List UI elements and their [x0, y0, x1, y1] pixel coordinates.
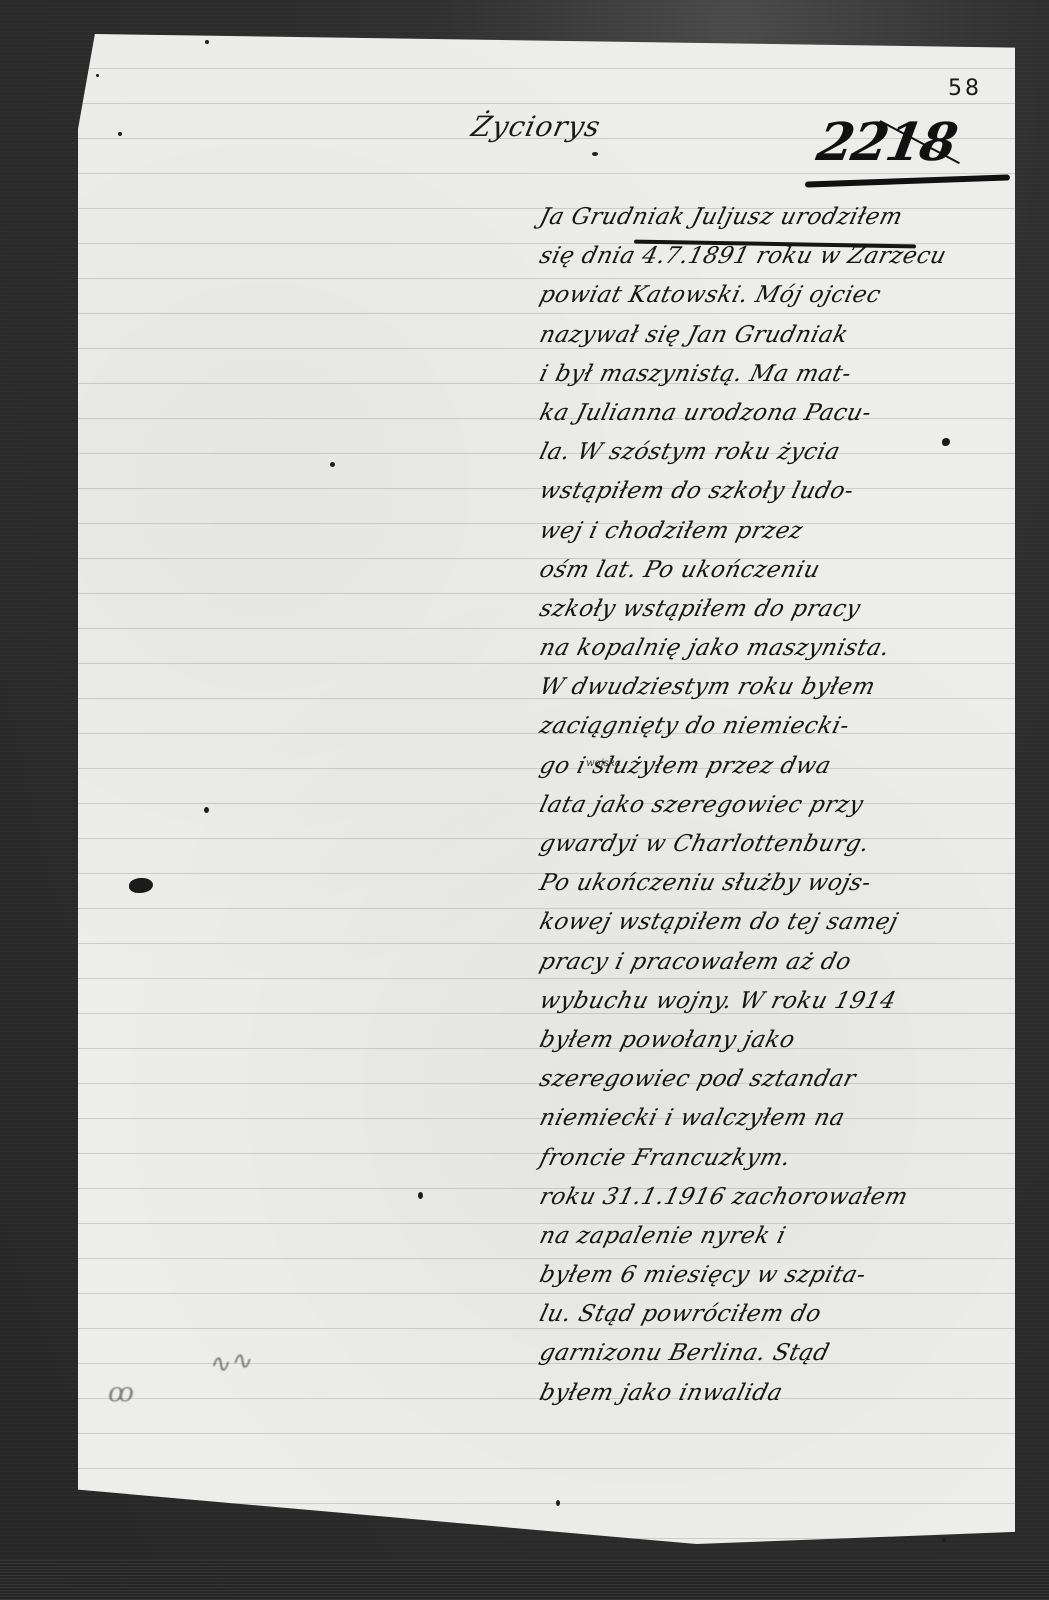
- handwritten-body: Ja Grudniak Juljusz urodziłem się dnia 4…: [540, 198, 1010, 1413]
- offset-smudge: ꝏ: [108, 1378, 134, 1408]
- text-line: powiat Katowski. Mój ojciec: [535, 276, 1015, 315]
- text-line: wej i chodziłem przez: [535, 512, 1015, 551]
- ink-speck: [942, 1538, 946, 1542]
- text-line: ka Julianna urodzona Pacu-: [535, 394, 1015, 433]
- ink-speck: [330, 462, 335, 467]
- ink-speck: [96, 74, 99, 77]
- ink-speck: [592, 152, 598, 156]
- ink-speck: [556, 1500, 560, 1506]
- text-line: wybuchu wojny. W roku 1914: [535, 982, 1015, 1021]
- scanner-noise: [0, 1560, 1049, 1600]
- ink-speck: [205, 40, 209, 44]
- text-line: lata jako szeregowiec przy: [535, 786, 1015, 825]
- text-line: byłem powołany jako: [535, 1021, 1015, 1060]
- text-line: na zapalenie nyrek i: [535, 1217, 1015, 1256]
- text-line: la. W szóstym roku życia: [535, 433, 1015, 472]
- text-line: Po ukończeniu służby wojs-: [535, 864, 1015, 903]
- text-line: na kopalnię jako maszynista.: [535, 629, 1015, 668]
- offset-smudge: ∿∿: [206, 1345, 253, 1381]
- interlinear-note: wojska: [586, 758, 621, 769]
- text-line: szkoły wstąpiłem do pracy: [535, 590, 1015, 629]
- text-line: zaciągnięty do niemiecki-: [535, 707, 1015, 746]
- page-number: 58: [948, 76, 982, 101]
- text-line: lu. Stąd powróciłem do: [535, 1295, 1015, 1334]
- document-title: Życiorys: [468, 110, 603, 143]
- text-line: i był maszynistą. Ma mat-: [535, 355, 1015, 394]
- text-line: byłem 6 miesięcy w szpita-: [535, 1256, 1015, 1295]
- text-line: szeregowiec pod sztandar: [535, 1060, 1015, 1099]
- text-line: W dwudziestym roku byłem: [535, 668, 1015, 707]
- text-line: froncie Francuzkym.: [535, 1139, 1015, 1178]
- ink-speck: [204, 807, 209, 813]
- ink-speck: [418, 1192, 423, 1199]
- text-line: wstąpiłem do szkoły ludo-: [535, 472, 1015, 511]
- reference-number: 2218: [813, 112, 960, 173]
- text-line: niemiecki i walczyłem na: [535, 1099, 1015, 1138]
- text-line: Ja Grudniak Juljusz urodziłem: [535, 198, 1015, 237]
- text-line: garnizonu Berlina. Stąd: [535, 1334, 1015, 1373]
- text-line: kowej wstąpiłem do tej samej: [535, 903, 1015, 942]
- text-line: byłem jako inwalida: [535, 1374, 1015, 1413]
- ink-speck: [118, 132, 122, 136]
- text-line: roku 31.1.1916 zachorowałem: [535, 1178, 1015, 1217]
- text-line: ośm lat. Po ukończeniu: [535, 551, 1015, 590]
- text-line: gwardyi w Charlottenburg.: [535, 825, 1015, 864]
- text-line: nazywał się Jan Grudniak: [535, 316, 1015, 355]
- text-line: pracy i pracowałem aż do: [535, 943, 1015, 982]
